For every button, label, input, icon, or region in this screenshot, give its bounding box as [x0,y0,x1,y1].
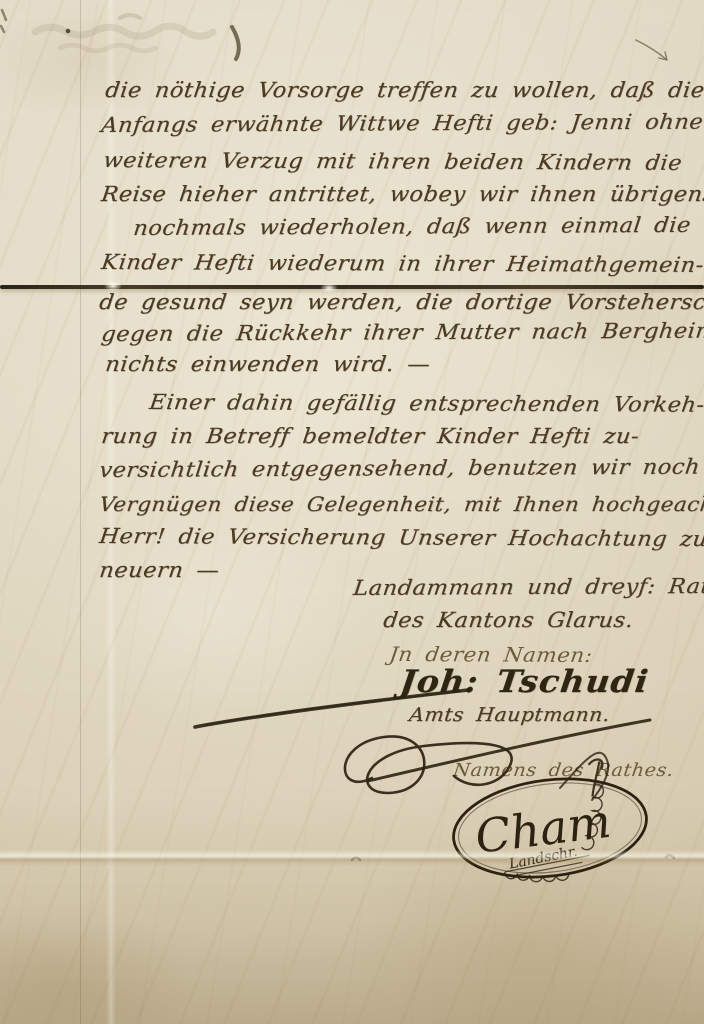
signature-name: Joh: Tschudi [398,664,651,700]
manuscript-line: weiteren Verzug mit ihren beiden Kindern… [102,148,684,175]
manuscript-line: versichtlich entgegensehend, benutzen wi… [98,454,704,482]
manuscript-line: Kinder Hefti wiederum in ihrer Heimathge… [100,250,704,277]
manuscript-line: Anfangs erwähnte Wittwe Hefti geb: Jenni… [100,110,704,137]
signature-title: Amts Hauptmann. [408,704,611,726]
manuscript-line: Vergnügen diese Gelegenheit, mit Ihnen h… [98,492,704,516]
manuscript-line: die nöthige Vorsorge treffen zu wollen, … [104,78,704,102]
secretary-note: Namens des Rathes. [452,760,675,781]
manuscript-line: Herr! die Versicherung Unserer Hochachtu… [98,524,704,551]
manuscript-line: nochmals wiederholen, daß wenn einmal di… [132,213,692,240]
manuscript-line: neuern — [98,558,221,582]
manuscript-line: nichts einwenden wird. — [104,352,432,376]
closing-authority-line: des Kantons Glarus. [382,608,635,632]
manuscript-line: Reise hieher antrittet, wobey wir ihnen … [100,182,704,206]
manuscript-page: Cham Landschr. die nöthige Vorsorge tref… [0,0,704,1024]
manuscript-line: gegen die Rückkehr ihrer Mutter nach Ber… [100,318,704,346]
fold-glint [320,283,338,293]
manuscript-line: de gesund seyn werden, die dortige Vorst… [98,290,704,314]
closing-authority-line: Landammann und dreyf: Rath [352,574,704,600]
fold-glint [104,281,122,291]
manuscript-line: Einer dahin gefällig entsprechenden Vork… [148,390,704,417]
fold-crease-soft [0,850,704,866]
manuscript-line: rung in Betreff bemeldter Kinder Hefti z… [100,424,641,448]
vertical-crease [80,0,81,1024]
